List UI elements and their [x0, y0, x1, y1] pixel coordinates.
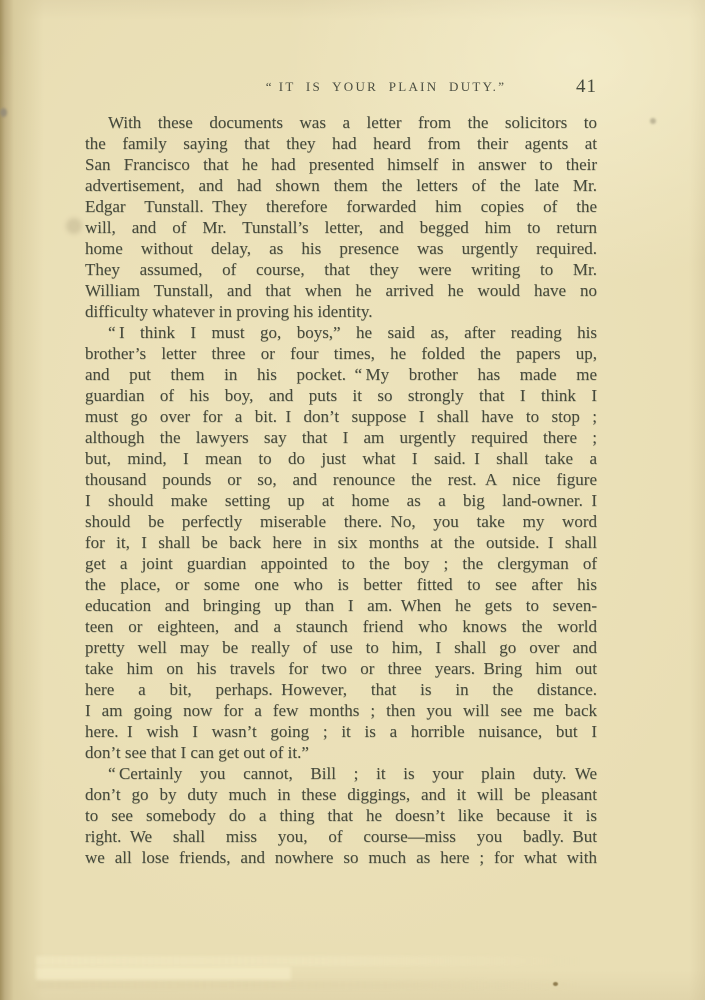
text-line: guardian of his boy, and puts it so stro…: [85, 385, 597, 406]
scan-dot-right-margin: [650, 118, 656, 124]
text-line: San Francisco that he had presented hims…: [85, 154, 597, 175]
text-line: difficulty whatever in proving his ident…: [85, 301, 597, 322]
scanner-band-3: [36, 981, 581, 989]
scanner-band-1: [36, 956, 581, 966]
text-line: will, and of Mr. Tunstall’s letter, and …: [85, 217, 597, 238]
scan-smudge-left-margin: [66, 218, 82, 234]
paragraph: “ Certainly you cannot, Bill ; it is you…: [85, 763, 597, 868]
text-block: With these documents was a letter from t…: [85, 112, 597, 868]
text-line: They assumed, of course, that they were …: [85, 259, 597, 280]
scan-speck-left-edge: [0, 108, 7, 117]
text-line: I am going now for a few months ; then y…: [85, 700, 597, 721]
text-line: get a joint guardian appointed to the bo…: [85, 553, 597, 574]
text-line: pretty well may be really of use to him,…: [85, 637, 597, 658]
text-line: William Tunstall, and that when he arriv…: [85, 280, 597, 301]
text-line: I should make setting up at home as a bi…: [85, 490, 597, 511]
scanned-book-page: “ IT IS YOUR PLAIN DUTY.” 41 With these …: [0, 0, 705, 1000]
page-number: 41: [576, 76, 597, 98]
text-line: must go over for a bit. I don’t suppose …: [85, 406, 597, 427]
text-line: education and bringing up than I am. Whe…: [85, 595, 597, 616]
paragraph: With these documents was a letter from t…: [85, 112, 597, 322]
text-line: “ Certainly you cannot, Bill ; it is you…: [85, 763, 597, 784]
scan-speck-bottom: [553, 982, 558, 986]
paragraph: “ I think I must go, boys,” he said as, …: [85, 322, 597, 763]
text-line: for it, I shall be back here in six mont…: [85, 532, 597, 553]
text-line: but, mind, I mean to do just what I said…: [85, 448, 597, 469]
text-line: the family saying that they had heard fr…: [85, 133, 597, 154]
text-line: and put them in his pocket. “ My brother…: [85, 364, 597, 385]
text-line: we all lose friends, and nowhere so much…: [85, 847, 597, 868]
text-line: teen or eighteen, and a staunch friend w…: [85, 616, 597, 637]
text-line: thousand pounds or so, and renounce the …: [85, 469, 597, 490]
text-line: With these documents was a letter from t…: [85, 112, 597, 133]
text-line: here. I wish I wasn’t going ; it is a ho…: [85, 721, 597, 742]
running-title: “ IT IS YOUR PLAIN DUTY.”: [266, 79, 507, 95]
text-line: brother’s letter three or four times, he…: [85, 343, 597, 364]
text-line: should be perfectly miserable there. No,…: [85, 511, 597, 532]
text-line: right. We shall miss you, of course—miss…: [85, 826, 597, 847]
text-line: don’t go by duty much in these diggings,…: [85, 784, 597, 805]
text-line: to see somebody do a thing that he doesn…: [85, 805, 597, 826]
text-line: Edgar Tunstall. They therefore forwarded…: [85, 196, 597, 217]
text-line: don’t see that I can get out of it.”: [85, 742, 597, 763]
text-line: here a bit, perhaps. However, that is in…: [85, 679, 597, 700]
text-line: although the lawyers say that I am urgen…: [85, 427, 597, 448]
scanner-band-2: [36, 967, 291, 980]
text-line: advertisement, and had shown them the le…: [85, 175, 597, 196]
text-line: take him on his travels for two or three…: [85, 658, 597, 679]
page-header: “ IT IS YOUR PLAIN DUTY.” 41: [85, 74, 597, 96]
text-line: home without delay, as his presence was …: [85, 238, 597, 259]
text-line: the place, or some one who is better fit…: [85, 574, 597, 595]
text-line: “ I think I must go, boys,” he said as, …: [85, 322, 597, 343]
